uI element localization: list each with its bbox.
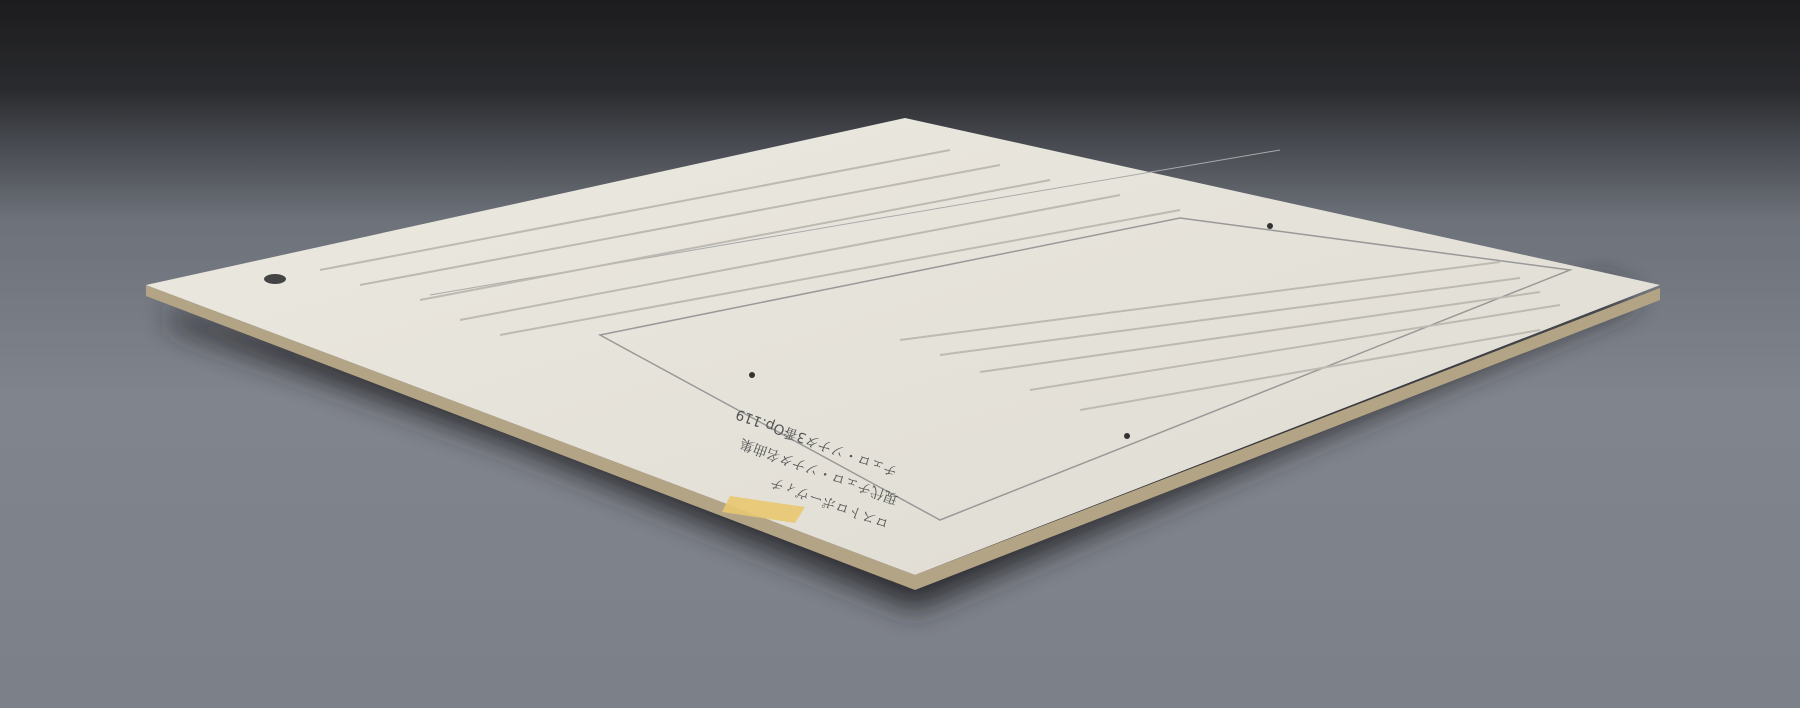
bullet xyxy=(1267,223,1273,229)
label-logo xyxy=(264,274,286,284)
bullet xyxy=(1124,433,1130,439)
record-sleeve xyxy=(146,118,1660,575)
bullet xyxy=(749,372,755,378)
photo-scene: ロストロポーヴィチ 現代チェロ・ソナタ名曲集 チェロ・ソナタ3番Op.119 xyxy=(0,0,1800,708)
